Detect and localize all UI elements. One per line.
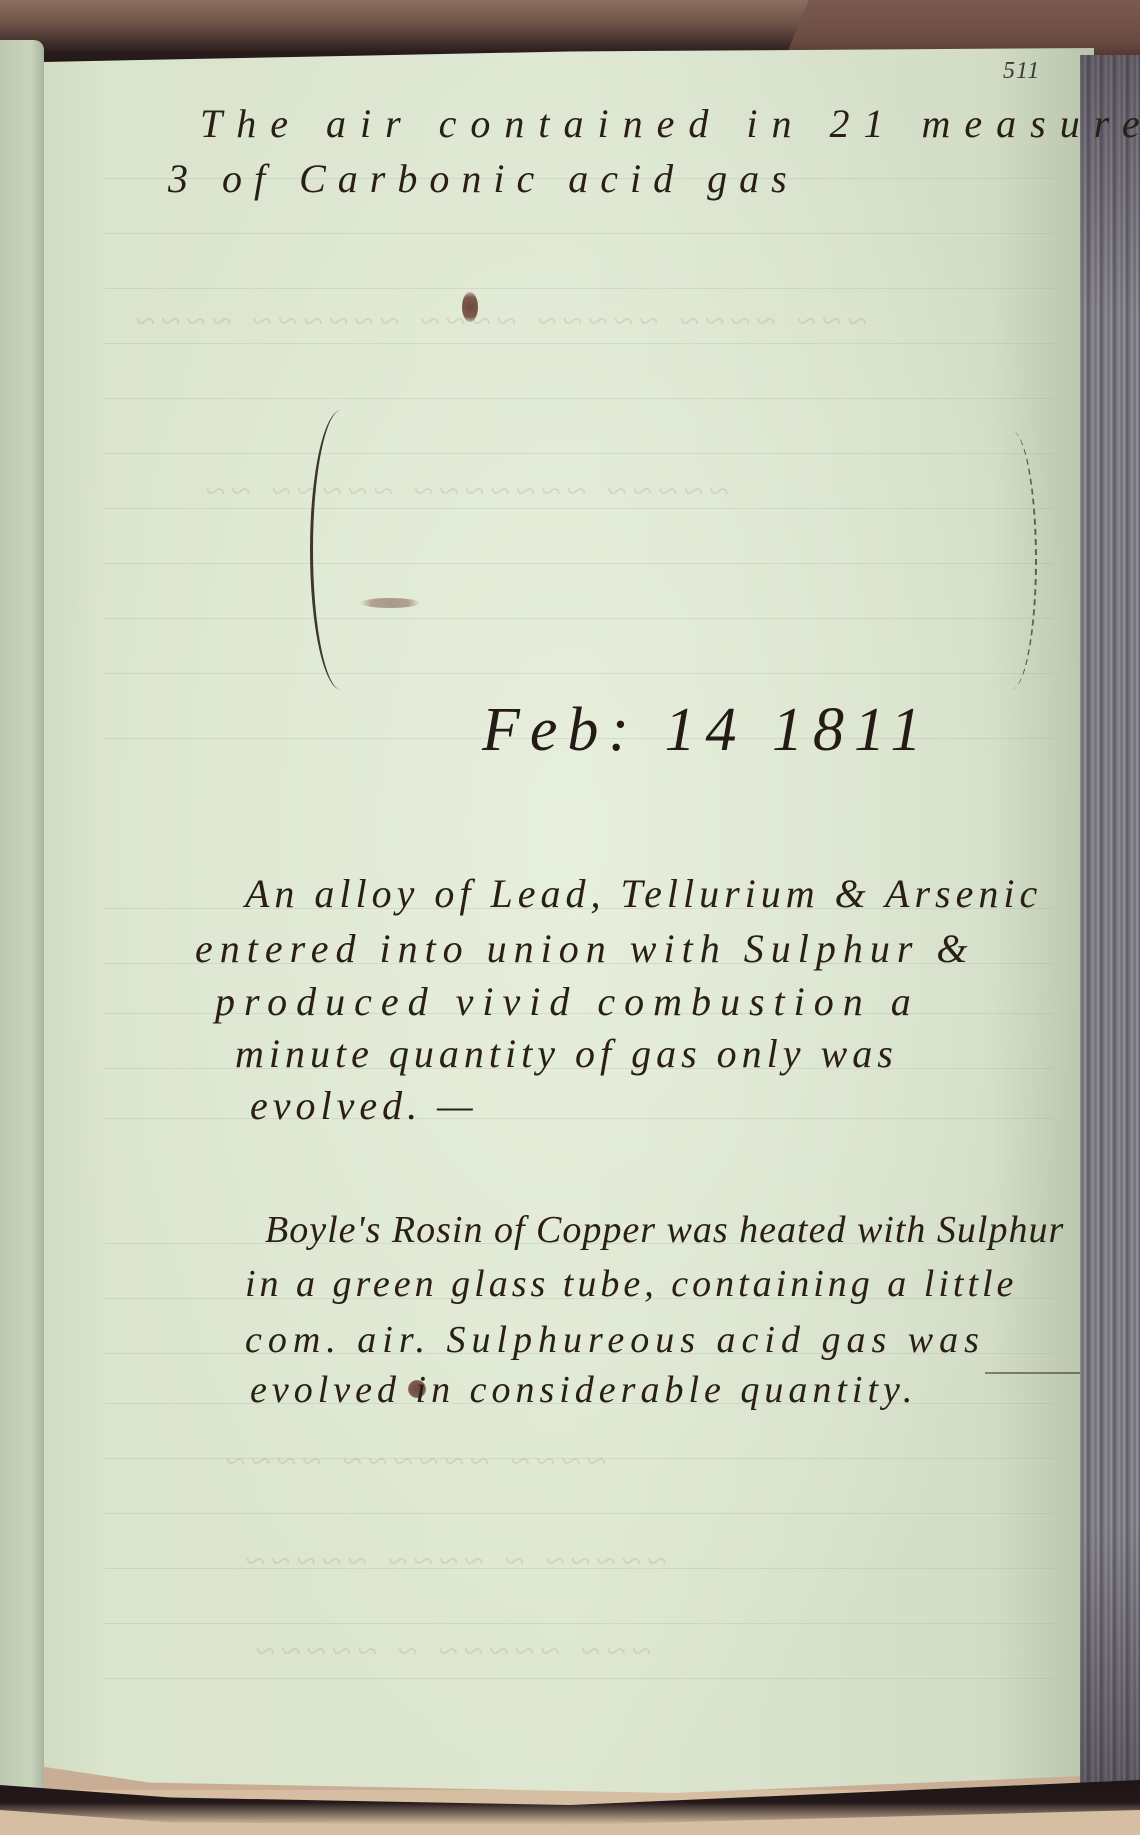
ruled-line <box>104 453 1054 454</box>
header-note-line-2: 3 of Carbonic acid gas <box>168 155 799 202</box>
date-heading: Feb: 14 1811 <box>482 695 931 766</box>
entry-2-line-2: in a green glass tube, containing a litt… <box>245 1262 1017 1306</box>
entry-2-line-3: com. air. Sulphureous acid gas was <box>245 1318 985 1362</box>
ruled-line <box>104 343 1054 344</box>
facing-page-edge <box>0 40 44 1800</box>
closing-rule <box>985 1372 1080 1374</box>
ruled-line <box>104 563 1054 564</box>
bleed-through-text: ~~~ ~~~~~ ~ ~~~~~ <box>250 1630 652 1672</box>
bleed-through-text: ~~~ ~~~~ ~~~~~ ~~~~ ~~~~~~ ~~~~ <box>130 300 867 342</box>
ruled-line <box>104 233 1054 234</box>
bleed-through-text: ~~~~~ ~~~~~~~ ~~~~~ ~~ <box>200 470 729 512</box>
header-note-line-1: The air contained in 21 measures <box>200 100 1140 147</box>
ruled-line <box>104 1623 1054 1624</box>
entry-1-line-3: produced vivid combustion a <box>215 978 920 1025</box>
bleed-through-text: ~~~~ ~~~~~~ ~~~~ <box>220 1440 607 1482</box>
ink-blot <box>462 292 478 322</box>
entry-1-line-5: evolved. — <box>250 1082 478 1129</box>
bleed-through-text: ~~~~~ ~ ~~~~ ~~~~~ <box>240 1540 667 1582</box>
ruled-line <box>104 1678 1054 1679</box>
ruled-line <box>104 1118 1054 1119</box>
ruled-line <box>104 618 1054 619</box>
entry-2-line-4: evolved in considerable quantity. <box>250 1368 917 1412</box>
entry-1-line-2: entered into union with Sulphur & <box>195 925 975 972</box>
page-number: 511 <box>1003 58 1040 85</box>
page-edge-stack <box>1080 55 1140 1785</box>
bracket-right <box>985 430 1037 690</box>
ruled-line <box>104 288 1054 289</box>
entry-1-line-1: An alloy of Lead, Tellurium & Arsenic <box>245 870 1042 917</box>
ruled-line <box>104 673 1054 674</box>
entry-2-line-1: Boyle's Rosin of Copper was heated with … <box>265 1208 1064 1252</box>
ruled-line <box>104 1513 1054 1514</box>
ruled-line <box>104 398 1054 399</box>
entry-1-line-4: minute quantity of gas only was <box>235 1030 898 1077</box>
bracket-left <box>310 410 373 690</box>
